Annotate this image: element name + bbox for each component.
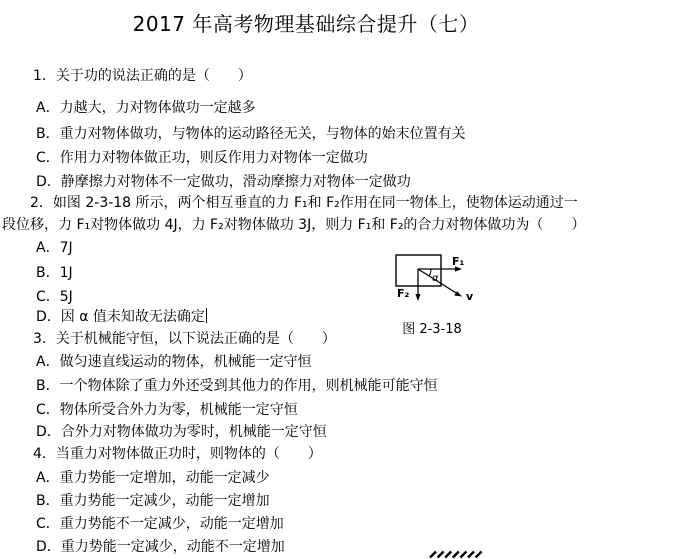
label-alpha: α (432, 273, 439, 284)
q2-option-d: D．因 α 值未知故无法确定 (36, 308, 207, 325)
q4-option-a: A．重力势能一定增加，动能一定减少 (36, 470, 270, 487)
force-f2-arrowhead (415, 294, 420, 301)
q2-stem-line1: 2．如图 2-3-18 所示，两个相互垂直的力 F₁和 F₂作用在同一物体上，使… (30, 195, 578, 212)
q3-stem: 3．关于机械能守恒，以下说法正确的是（ ） (33, 331, 336, 348)
q2-stem-line2: 段位移，力 F₁对物体做功 4J，力 F₂对物体做功 3J，则力 F₁和 F₂的… (2, 217, 585, 234)
q2-option-c: C．5J (36, 289, 73, 306)
hatch-marks (428, 549, 488, 559)
text-cursor (206, 308, 208, 323)
document-page: 2017 年高考物理基础综合提升（七） 1．关于功的说法正确的是（ ） A．力越… (0, 0, 699, 559)
q4-option-c: C．重力势能不一定减少，动能一定增加 (36, 516, 284, 533)
doc-title: 2017 年高考物理基础综合提升（七） (0, 10, 612, 38)
q1-stem: 1．关于功的说法正确的是（ ） (33, 68, 252, 85)
q2-option-b: B．1J (36, 265, 73, 282)
label-f2: F₂ (397, 287, 410, 300)
q1-option-b: B．重力对物体做功，与物体的运动路径无关，与物体的始末位置有关 (36, 126, 466, 143)
q3-option-a: A．做匀速直线运动的物体，机械能一定守恒 (36, 354, 312, 371)
q1-option-d: D．静摩擦力对物体不一定做功，滑动摩擦力对物体一定做功 (36, 174, 411, 191)
q3-option-d: D．合外力对物体做功为零时，机械能一定守恒 (36, 424, 327, 441)
q2-option-a: A．7J (36, 240, 73, 257)
label-v: v (466, 290, 474, 303)
q3-option-b: B．一个物体除了重力外还受到其他力的作用，则机械能可能守恒 (36, 378, 438, 395)
q3-option-c: C．物体所受合外力为零，机械能一定守恒 (36, 402, 298, 419)
q1-option-c: C．作用力对物体做正功，则反作用力对物体一定做功 (36, 150, 368, 167)
figure-caption: 图 2-3-18 (396, 318, 468, 337)
q4-option-d: D．重力势能一定减少，动能不一定增加 (36, 539, 285, 556)
angle-arc (429, 269, 431, 276)
q1-option-a: A．力越大，力对物体做功一定越多 (36, 100, 256, 117)
label-f1: F₁ (452, 255, 465, 268)
q2-option-d-text: D．因 α 值未知故无法确定 (36, 309, 205, 325)
q4-stem: 4．当重力对物体做正功时，则物体的（ ） (33, 446, 322, 463)
q4-option-b: B．重力势能一定减少，动能一定增加 (36, 493, 270, 510)
physics-figure: F₁ F₂ v α (393, 250, 488, 312)
